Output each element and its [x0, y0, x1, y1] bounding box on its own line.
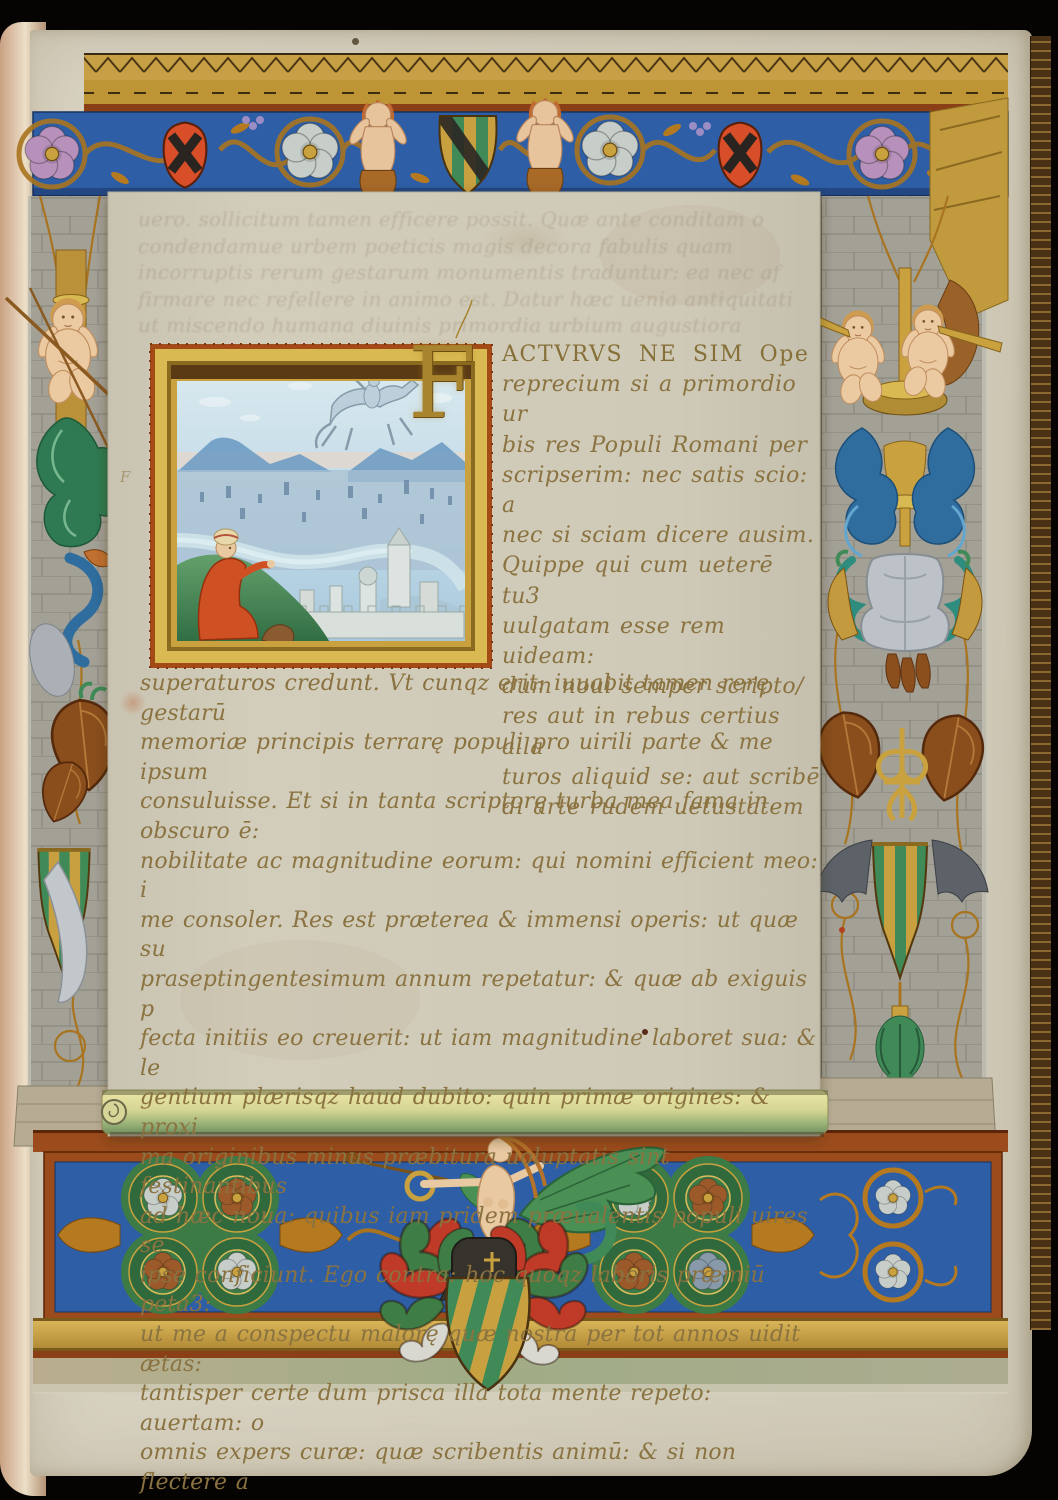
text-line: scripserim: nec satis scio: a — [502, 461, 820, 521]
text-line: Quippe qui cum ueterē tu3 — [502, 551, 820, 611]
text-line: ipse conficiunt. Ego contra: hoc quoqz l… — [140, 1261, 820, 1320]
top-frieze — [19, 98, 1008, 199]
text-line: memoriæ principis terrarę populi pro uir… — [140, 728, 820, 787]
text-line: reprecium si a primordio ur — [502, 370, 820, 430]
ink-dot — [839, 927, 845, 933]
text-line: gentium plærisqz haud dubito: quin primæ… — [140, 1083, 820, 1142]
text-line: firmare nec refellere in animo est. Datu… — [138, 286, 814, 313]
text-line: incorruptis rerum gestarum monumentis tr… — [138, 259, 814, 286]
text-line: ut me a conspectu malorę quæ nostra per … — [140, 1320, 820, 1379]
text-line: me consoler. Res est præterea & immensi … — [140, 906, 820, 965]
ink-dot — [642, 1029, 648, 1035]
text-line: ut miscendo humana diuinis primordia urb… — [138, 312, 814, 339]
text-line: uero. sollicitum tamen efficere possit. … — [138, 206, 814, 233]
manuscript-photo: uero. sollicitum tamen efficere possit. … — [0, 0, 1058, 1500]
text-line: nec si sciam dicere ausim. — [502, 521, 820, 551]
text-line: superaturos credunt. Vt cunqz erit: iuua… — [140, 669, 820, 728]
text-line: fecta initiis eo creuerit: ut iam magnit… — [140, 1024, 820, 1083]
text-line: bis res Populi Romani per — [502, 431, 820, 461]
verso-showthrough-text: uero. sollicitum tamen efficere possit. … — [138, 206, 814, 339]
text-line: praseptingentesimum annum repetatur: & q… — [140, 965, 820, 1024]
illuminated-initial: F — [408, 338, 476, 430]
text-line: ma originibus minus præbitura uoluptatis… — [140, 1143, 820, 1202]
text-line: uulgatam esse rem uideam: — [502, 612, 820, 672]
text-line: nobilitate ac magnitudine eorum: qui nom… — [140, 847, 820, 906]
text-line: ad hæc noua: quibus iam pridem præualent… — [140, 1202, 820, 1261]
text-line: tantisper certe dum prisca illa tota men… — [140, 1379, 820, 1438]
text-block: superaturos credunt. Vt cunqz erit: iuua… — [140, 669, 820, 1498]
text-line: consuluisse. Et si in tanta scriptorę tu… — [140, 787, 820, 846]
text-line: condendamue urbem poeticis magis decora … — [138, 233, 814, 260]
text-line: omnis expers curæ: quæ scribentis animū:… — [140, 1438, 820, 1497]
parchment-speck — [352, 38, 359, 45]
guide-letter: F — [120, 468, 130, 486]
text-line: ACTVRVS NE SIM Ope — [502, 340, 820, 370]
